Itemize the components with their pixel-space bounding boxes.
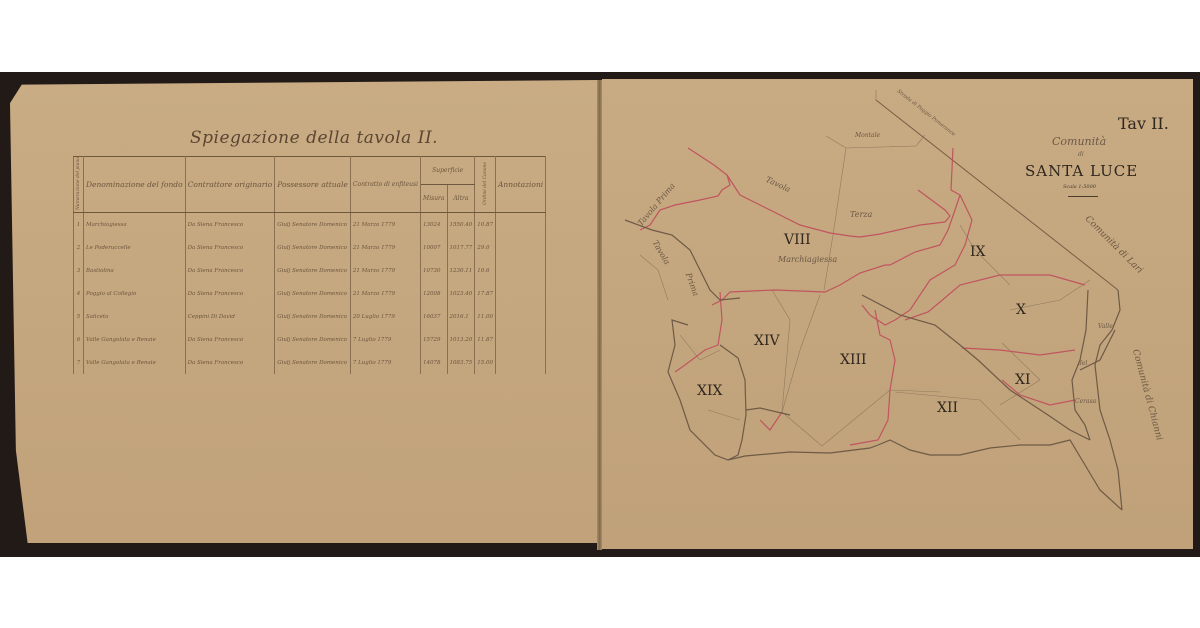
sheet-title: Spiegazione della tavola II. <box>190 128 438 148</box>
road-line <box>876 100 1118 290</box>
commune-label: Comunità <box>1052 135 1106 148</box>
commune-name: SANTA LUCE <box>1025 162 1138 180</box>
table-row: 5 Saliceto Ceppini Di David Giulj Senato… <box>74 305 546 328</box>
explanation-table: Numerazione del piano Denominazione del … <box>73 156 546 374</box>
scale-rule <box>1068 196 1098 197</box>
region-xiv: XIV <box>754 333 780 349</box>
region-xiii: XIII <box>840 352 867 368</box>
plate-label: Tav II. <box>1118 114 1169 133</box>
header-notes: Annotazioni <box>496 157 546 213</box>
region-viii: VIII <box>784 232 811 248</box>
header-name: Denominazione del fondo <box>84 157 186 213</box>
scale-label: Scala 1:5000 <box>1063 184 1096 190</box>
boundary-tavola-prima <box>640 148 730 230</box>
header-order: Ordine del Canone <box>475 157 496 213</box>
boundary-brown-west <box>625 220 740 300</box>
header-surface: Superficie <box>421 157 475 185</box>
commune-di: di <box>1078 151 1084 158</box>
table-row: 3 Bastiolina Da Siena Francesco Giulj Se… <box>74 259 546 282</box>
header-current-owner: Possessore attuale <box>275 157 351 213</box>
table-row: 4 Poggio al Collegio Da Siena Francesco … <box>74 282 546 305</box>
place-valle: Valle <box>1098 323 1113 330</box>
region-xi: XI <box>1015 372 1031 388</box>
place-tavola-terza-2: Terza <box>850 210 872 219</box>
table-row: 6 Valle Gangolata e Renaie Da Siena Fran… <box>74 328 546 351</box>
header-surface-2: Altra <box>447 185 475 213</box>
header-number: Numerazione del piano <box>74 157 84 213</box>
place-del: del <box>1078 360 1087 367</box>
place-cerasa: Cerasa <box>1075 398 1096 405</box>
table-row: 7 Valle Gangolata e Renaie Da Siena Fran… <box>74 351 546 374</box>
header-surface-1: Misura <box>421 185 447 213</box>
region-xii: XII <box>937 400 958 416</box>
place-montale: Montale <box>855 132 880 139</box>
region-x: X <box>1016 302 1026 318</box>
table-row: 2 Le Poderuccelle Da Siena Francesco Giu… <box>74 236 546 259</box>
table-row: 1 Marchiagiessa Da Siena Francesco Giulj… <box>74 213 546 237</box>
header-date: Contratto di enfiteusi <box>350 157 420 213</box>
cadastral-map <box>602 79 1193 549</box>
place-marchiagiessa: Marchiagiessa <box>778 255 837 264</box>
region-xix: XIX <box>697 383 722 399</box>
region-ix: IX <box>970 244 986 260</box>
header-original-owner: Contrattore originario <box>185 157 275 213</box>
